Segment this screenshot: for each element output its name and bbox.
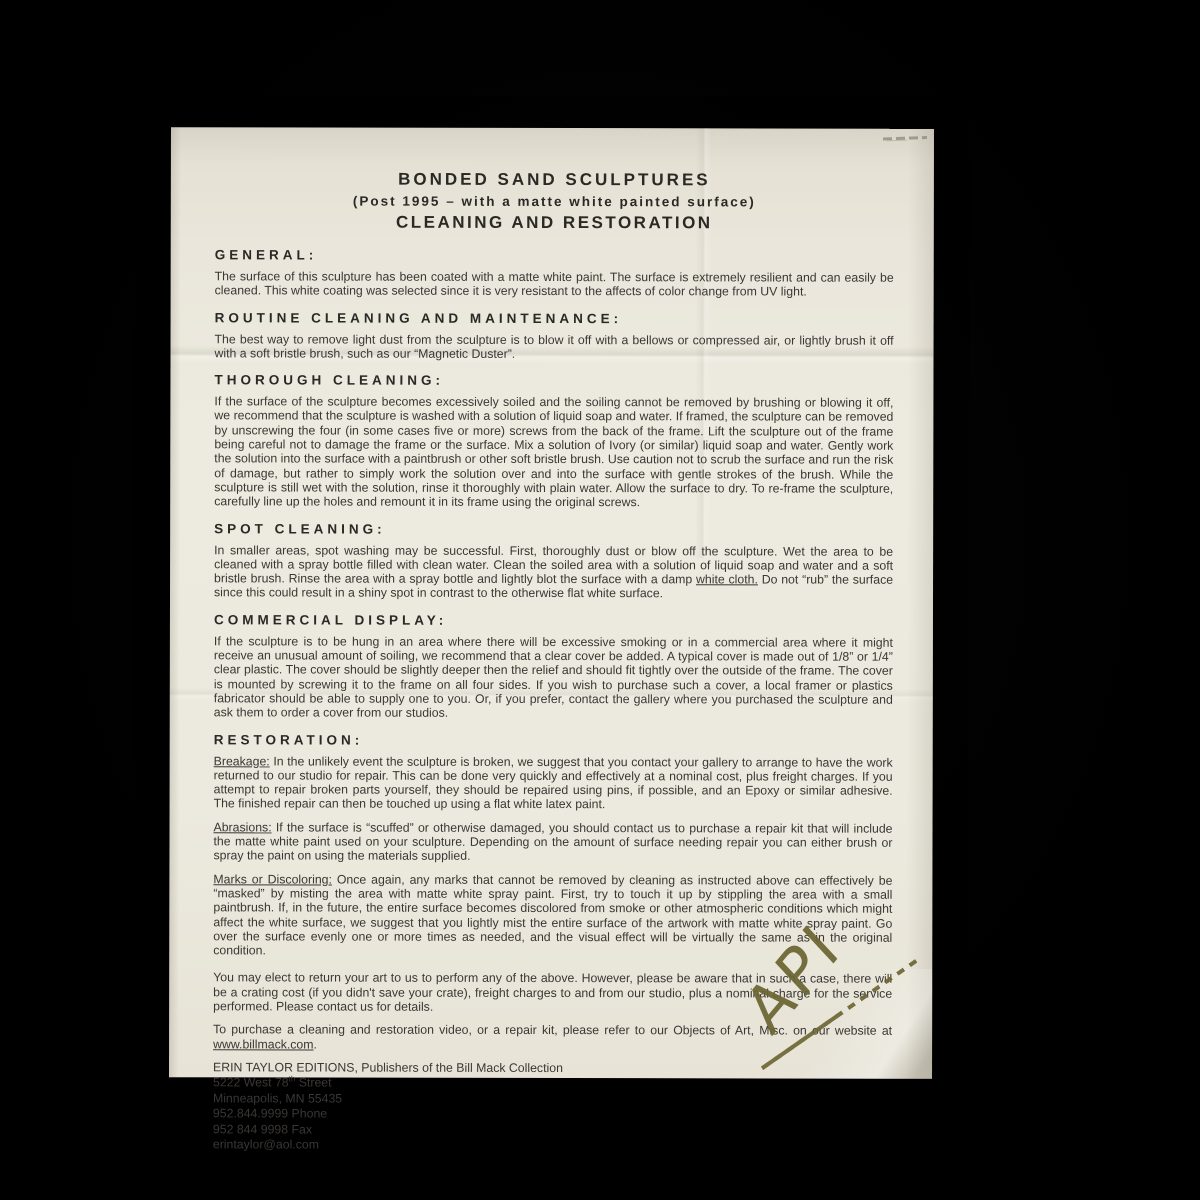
purchase-info-paragraph: To purchase a cleaning and restoration v… [213,1023,892,1053]
abrasions-label: Abrasions: [214,820,272,834]
marks-discoloring-paragraph: Marks or Discoloring: Once again, any ma… [213,872,892,959]
paper-edge-shadow [906,129,934,1079]
paper-edge-shadow [169,127,181,1077]
thorough-cleaning-heading: THOROUGH CLEANING: [214,372,893,388]
routine-cleaning-heading: ROUTINE CLEANING AND MAINTENANCE: [215,310,894,326]
breakage-paragraph: Breakage: In the unlikely event the scul… [214,754,893,813]
document-title-secondary: CLEANING AND RESTORATION [215,212,894,233]
abrasions-paragraph: Abrasions: If the surface is “scuffed” o… [213,820,892,864]
general-paragraph: The surface of this sculpture has been c… [215,269,894,299]
purchase-info-text: . [314,1037,317,1051]
breakage-label: Breakage: [214,754,270,768]
spot-cleaning-heading: SPOT CLEANING: [214,521,893,537]
photo-background: BONDED SAND SCULPTURES (Post 1995 – with… [0,0,1200,1200]
website-url: www.billmack.com [213,1037,313,1051]
spot-cleaning-paragraph: In smaller areas, spot washing may be su… [214,543,893,602]
document-header: BONDED SAND SCULPTURES (Post 1995 – with… [215,169,894,233]
general-heading: GENERAL: [215,247,894,263]
commercial-display-paragraph: If the sculpture is to be hung in an are… [214,634,893,721]
city-state-zip: Minneapolis, MN 55435 [213,1091,892,1108]
purchase-info-text: To purchase a cleaning and restoration v… [213,1023,892,1038]
thorough-cleaning-paragraph: If the surface of the sculpture becomes … [214,394,893,510]
document-subtitle: (Post 1995 – with a matte white painted … [215,193,894,209]
breakage-text: In the unlikely event the sculpture is b… [214,754,893,812]
document-title: BONDED SAND SCULPTURES [215,169,894,190]
fax-number: 952 844 9998 Fax [213,1122,892,1139]
return-art-paragraph: You may elect to return your art to us t… [213,971,892,1015]
marks-discoloring-label: Marks or Discoloring: [213,872,332,886]
document-content: BONDED SAND SCULPTURES (Post 1995 – with… [213,169,894,1154]
restoration-heading: RESTORATION: [214,732,893,748]
street-address: 5222 West 78th Street [213,1076,892,1093]
white-cloth-underlined: white cloth. [696,572,758,586]
publisher-name: ERIN TAYLOR EDITIONS, Publishers of the … [213,1060,892,1077]
commercial-display-heading: COMMERCIAL DISPLAY: [214,612,893,628]
routine-cleaning-paragraph: The best way to remove light dust from t… [215,332,894,362]
phone-number: 952.844.9999 Phone [213,1106,892,1123]
contact-block: ERIN TAYLOR EDITIONS, Publishers of the … [213,1060,892,1154]
email-address: erintaylor@aol.com [213,1137,892,1154]
pencil-mark [883,136,927,140]
paper-sheet: BONDED SAND SCULPTURES (Post 1995 – with… [169,127,934,1079]
abrasions-text: If the surface is “scuffed” or otherwise… [213,820,892,863]
